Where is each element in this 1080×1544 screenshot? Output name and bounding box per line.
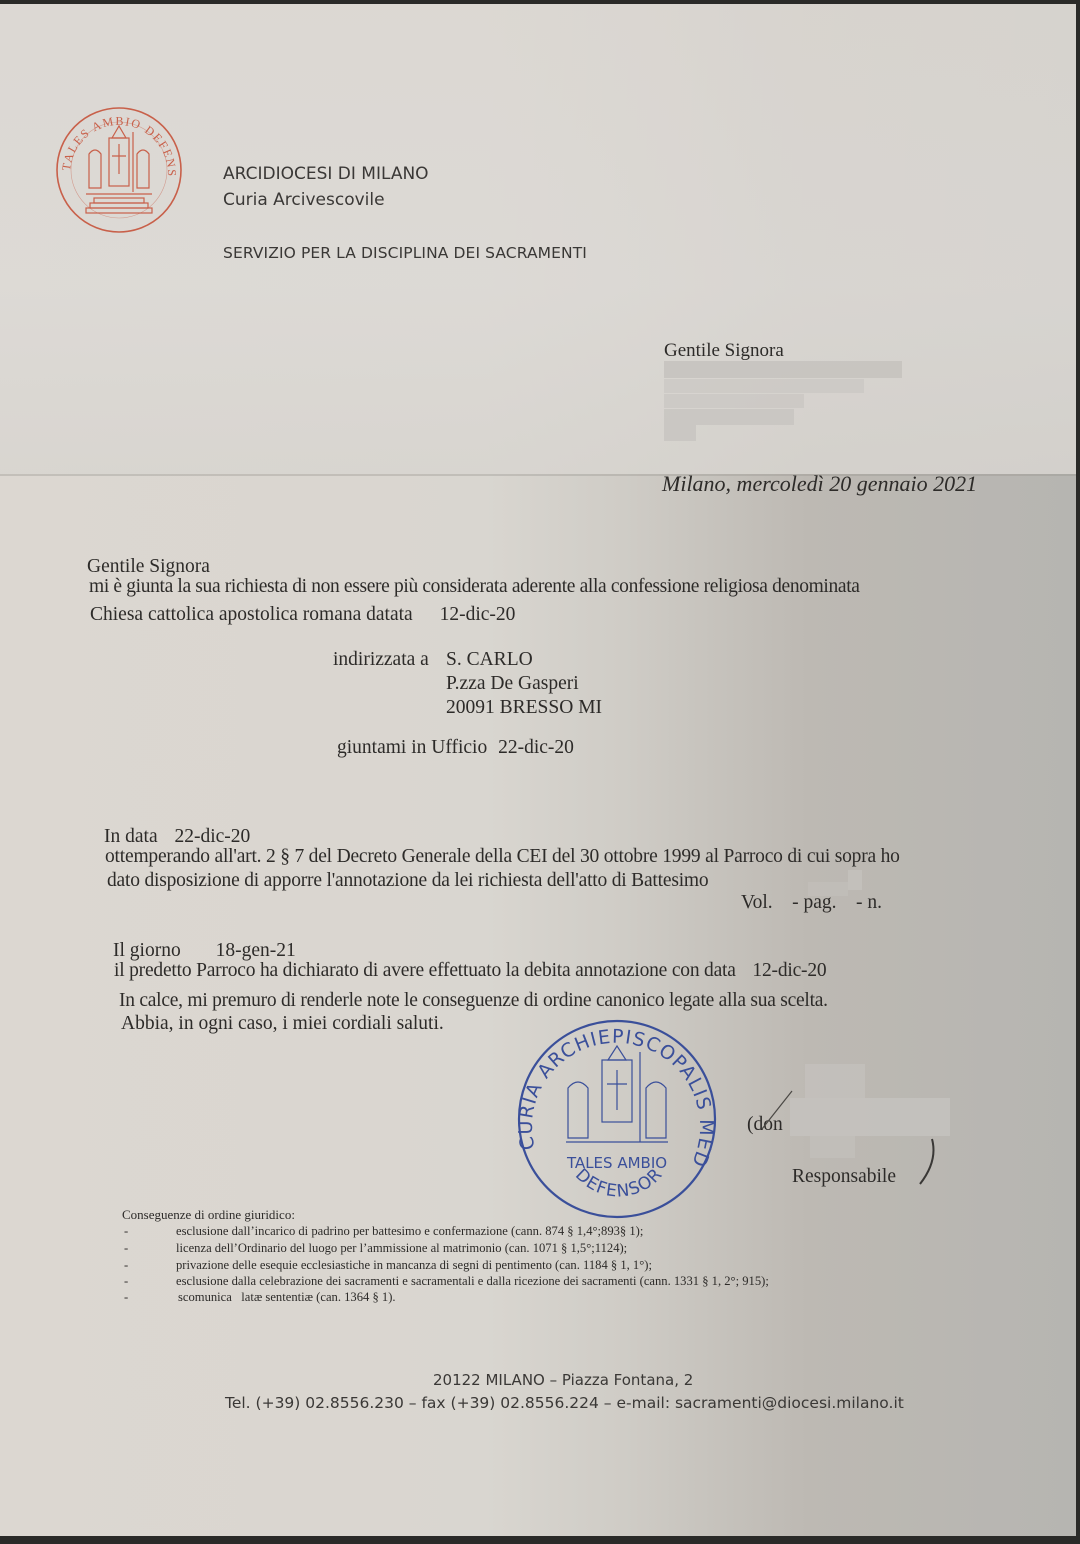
paragraph-2: dato disposizione di apporre l'annotazio… [107, 870, 708, 892]
recipient-salutation: Gentile Signora [664, 340, 784, 362]
received-line: giuntami in Ufficio 22-dic-20 [337, 737, 574, 759]
baptism-record-reference: Vol. - pag. - n. [741, 892, 882, 914]
request-date: 12-dic-20 [440, 604, 516, 625]
consequences-title: Conseguenze di ordine giuridico: [122, 1207, 295, 1223]
diocese-seal-icon: TALES AMBIO DEFENSORES [54, 104, 184, 236]
paragraph-1: ottemperando all'art. 2 § 7 del Decreto … [105, 846, 900, 868]
organization-name: ARCIDIOCESI DI MILANO [223, 164, 429, 184]
department-name: Curia Arcivescovile [223, 190, 385, 210]
list-bullet: - [124, 1290, 128, 1305]
list-bullet: - [124, 1258, 128, 1273]
list-bullet: - [124, 1241, 128, 1256]
on-date-label: In data [104, 826, 158, 847]
body-line-1: mi è giunta la sua richiesta di non esse… [89, 576, 860, 598]
curia-stamp-icon: CURIA ARCHIEPISCOPALIS MEDIOLANI TALES A… [516, 1018, 718, 1220]
list-bullet: - [124, 1224, 128, 1239]
paragraph-3: il predetto Parroco ha dichiarato di ave… [114, 960, 826, 982]
list-item: scomunica latæ sententiæ (can. 1364 § 1)… [178, 1290, 396, 1305]
body-line-2: Chiesa cattolica apostolica romana datat… [90, 604, 515, 626]
received-date: 22-dic-20 [498, 737, 574, 758]
footer-contacts: Tel. (+39) 02.8556.230 – fax (+39) 02.85… [225, 1394, 904, 1412]
on-date-line: In data 22-dic-20 [104, 826, 250, 848]
closing: Abbia, in ogni caso, i miei cordiali sal… [121, 1013, 444, 1035]
received-label: giuntami in Ufficio [337, 737, 487, 758]
paragraph-4: In calce, mi premuro di renderle note le… [119, 990, 828, 1012]
record-redacted [848, 870, 862, 890]
footer-address: 20122 MILANO – Piazza Fontana, 2 [433, 1371, 693, 1389]
svg-text:TALES AMBIO DEFENSORES: TALES AMBIO DEFENSORES [54, 104, 179, 178]
list-bullet: - [124, 1274, 128, 1289]
paragraph-3-text: il predetto Parroco ha dichiarato di ave… [114, 960, 736, 981]
parish-name: S. CARLO [446, 649, 533, 671]
list-item: licenza dell’Ordinario del luogo per l’a… [176, 1241, 627, 1256]
request-label: Chiesa cattolica apostolica romana datat… [90, 604, 413, 625]
parish-street: P.zza De Gasperi [446, 673, 579, 695]
parish-city: 20091 BRESSO MI [446, 697, 602, 719]
on-date-value: 22-dic-20 [174, 826, 250, 847]
office-name: SERVIZIO PER LA DISCIPLINA DEI SACRAMENT… [223, 244, 587, 262]
annotation-date: 12-dic-20 [752, 960, 826, 981]
list-item: esclusione dall’incarico di padrino per … [176, 1224, 643, 1239]
signature-role: Responsabile [792, 1166, 896, 1188]
list-item: esclusione dalla celebrazione dei sacram… [176, 1274, 769, 1289]
letter-page: TALES AMBIO DEFENSORES ARCIDIOCESI DI MI… [0, 4, 1076, 1536]
body-greeting: Gentile Signora [87, 556, 210, 578]
day-date: 18-gen-21 [216, 940, 296, 961]
addressed-label: indirizzata a [333, 649, 429, 671]
day-label: Il giorno [113, 940, 181, 961]
letter-date: Milano, mercoledì 20 gennaio 2021 [662, 471, 977, 497]
day-line: Il giorno 18-gen-21 [113, 940, 296, 962]
list-item: privazione delle esequie ecclesiastiche … [176, 1258, 652, 1273]
